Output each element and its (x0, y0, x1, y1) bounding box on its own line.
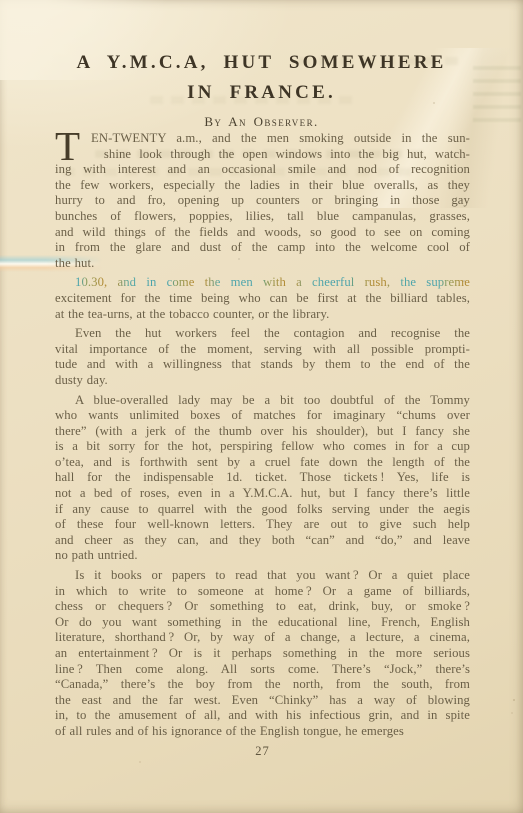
text-line: A blue-overalled lady may be a bit too d… (55, 393, 470, 409)
text-line: and wild things of the fields and woods,… (55, 225, 470, 241)
text-line: bunches of flowers, poppies, lilies, tal… (55, 209, 470, 225)
text-line: and cheer as they can, and they both “ca… (55, 533, 470, 549)
text-line: if any cause to quarrel with the good fo… (55, 502, 470, 518)
text-line: of these four well-known letters. They a… (55, 517, 470, 533)
title-line-1: A Y.M.C.A, HUT SOMEWHERE (54, 52, 469, 74)
text-line: EN-TWENTY a.m., and the men smoking outs… (91, 131, 470, 147)
text-line: hall for the indispensable 1d. ticket. T… (55, 470, 470, 486)
drop-cap: T (55, 131, 88, 161)
text-line: vital importance of the moment, serving … (55, 342, 470, 358)
text-line: hurry to and fro, opening up counters or… (55, 193, 470, 209)
text-line: no path untried. (55, 548, 470, 564)
article-title: A Y.M.C.A, HUT SOMEWHERE IN FRANCE. By A… (54, 52, 469, 130)
text-line: the east and the far west. Even “Chinky”… (55, 693, 470, 709)
text-line: is a bit sorry for the hot, perspiring f… (55, 439, 470, 455)
text-line: literature, shorthand ? Or, by way of a … (55, 630, 470, 646)
page-number: 27 (55, 744, 470, 759)
show-through-ghost-text (473, 60, 521, 122)
text-line: the hut. (55, 256, 470, 272)
text-line: an entertainment ? Or is it perhaps some… (55, 646, 470, 662)
text-line: there” (with a jerk of the thumb over hi… (55, 424, 470, 440)
text-line: in which to write to someone at home ? O… (55, 584, 470, 600)
text-line: who wants unlimited boxes of matches for… (55, 408, 470, 424)
article-body: TEN-TWENTY a.m., and the men smoking out… (55, 131, 470, 744)
text-line: the few workers, especially the ladies i… (55, 178, 470, 194)
text-line: “Canada,” there’s the boy from the north… (55, 677, 470, 693)
text-line: Is it books or papers to read that you w… (55, 568, 470, 584)
text-line: at the tea-urns, at the tobacco counter,… (55, 307, 470, 323)
scanned-document-page: A Y.M.C.A, HUT SOMEWHERE IN FRANCE. By A… (0, 0, 523, 813)
paragraph: Is it books or papers to read that you w… (55, 568, 470, 740)
text-line: not a bed of roses, even in a Y.M.C.A. h… (55, 486, 470, 502)
text-line: ing with interest and an occasional smil… (55, 162, 470, 178)
text-line: o’tea, and is forthwith sent by a cruel … (55, 455, 470, 471)
text-line: in from the glare and dust of the camp i… (55, 240, 470, 256)
text-line: Even the hut workers feel the contagion … (55, 326, 470, 342)
text-line: chess or chequers ? Or something to eat,… (55, 599, 470, 615)
text-line: 10.30, and in come the men with a cheerf… (55, 275, 470, 291)
text-line: line ? Then come along. All sorts come. … (55, 662, 470, 678)
paragraph: 10.30, and in come the men with a cheerf… (55, 275, 470, 322)
text-line: shine look through the open windows into… (91, 147, 470, 163)
paragraph: A blue-overalled lady may be a bit too d… (55, 393, 470, 565)
text-line: dusty day. (55, 373, 470, 389)
text-line: tude and with a willingness that stands … (55, 357, 470, 373)
text-line: of all rules and of his ignorance of the… (55, 724, 470, 740)
paragraph: Even the hut workers feel the contagion … (55, 326, 470, 388)
text-line: Or do you want something in the educatio… (55, 615, 470, 631)
paragraph: TEN-TWENTY a.m., and the men smoking out… (55, 131, 470, 271)
title-line-2: IN FRANCE. (54, 82, 469, 104)
text-line: excitement for the time being who can be… (55, 291, 470, 307)
byline: By An Observer. (54, 114, 469, 130)
text-line: in, to the amusement of all, and with hi… (55, 708, 470, 724)
